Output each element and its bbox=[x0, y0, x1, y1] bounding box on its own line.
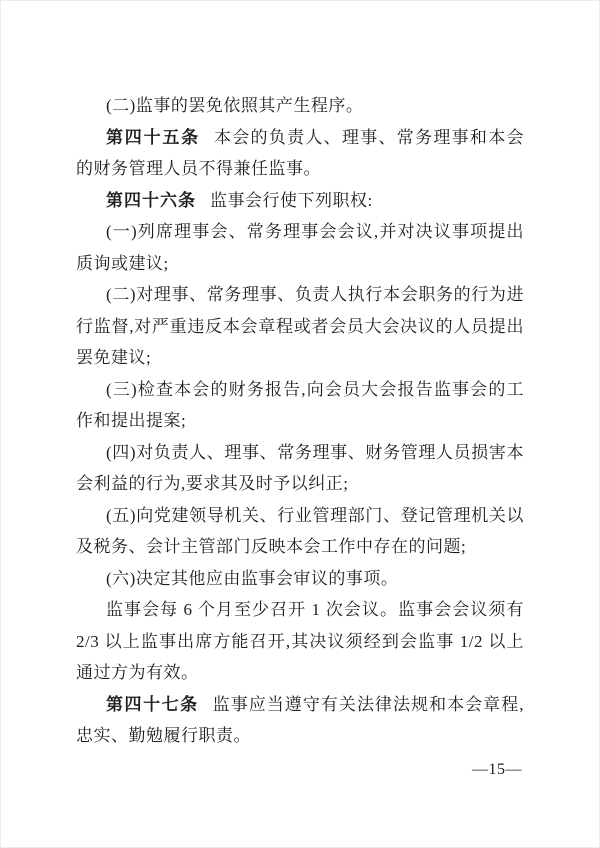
paragraph-text: (二)监事的罢免依照其产生程序。 bbox=[106, 96, 363, 115]
document-page: (二)监事的罢免依照其产生程序。 第四十五条本会的负责人、理事、常务理事和本会的… bbox=[0, 0, 600, 848]
paragraph-item-2: (二)对理事、常务理事、负责人执行本会职务的行为进行监督,对严重违反本会章程或者… bbox=[76, 279, 524, 374]
article-number: 第四十六条 bbox=[106, 191, 196, 210]
paragraph-item-6: (六)决定其他应由监事会审议的事项。 bbox=[76, 563, 524, 595]
paragraph-text: (二)对理事、常务理事、负责人执行本会职务的行为进行监督,对严重违反本会章程或者… bbox=[76, 285, 524, 367]
paragraph: (二)监事的罢免依照其产生程序。 bbox=[76, 90, 524, 122]
article-number: 第四十七条 bbox=[106, 695, 199, 714]
paragraph-item-1: (一)列席理事会、常务理事会会议,并对决议事项提出质询或建议; bbox=[76, 216, 524, 279]
paragraph-meeting-rule: 监事会每 6 个月至少召开 1 次会议。监事会会议须有 2/3 以上监事出席方能… bbox=[76, 594, 524, 689]
paragraph-text: (三)检查本会的财务报告,向会员大会报告监事会的工作和提出提案; bbox=[76, 380, 524, 431]
paragraph-text: (五)向党建领导机关、行业管理部门、登记管理机关以及税务、会计主管部门反映本会工… bbox=[76, 506, 524, 557]
paragraph-text: 监事会行使下列职权: bbox=[210, 191, 373, 210]
paragraph-item-4: (四)对负责人、理事、常务理事、财务管理人员损害本会利益的行为,要求其及时予以纠… bbox=[76, 437, 524, 500]
paragraph-text: (四)对负责人、理事、常务理事、财务管理人员损害本会利益的行为,要求其及时予以纠… bbox=[76, 443, 524, 494]
paragraph-article-45: 第四十五条本会的负责人、理事、常务理事和本会的财务管理人员不得兼任监事。 bbox=[76, 122, 524, 185]
article-number: 第四十五条 bbox=[106, 128, 200, 147]
page-number: —15— bbox=[76, 759, 522, 781]
paragraph-article-47: 第四十七条监事应当遵守有关法律法规和本会章程,忠实、勤勉履行职责。 bbox=[76, 689, 524, 752]
paragraph-item-3: (三)检查本会的财务报告,向会员大会报告监事会的工作和提出提案; bbox=[76, 374, 524, 437]
paragraph-text: (六)决定其他应由监事会审议的事项。 bbox=[106, 569, 398, 588]
paragraph-text: (一)列席理事会、常务理事会会议,并对决议事项提出质询或建议; bbox=[76, 222, 524, 273]
document-body: (二)监事的罢免依照其产生程序。 第四十五条本会的负责人、理事、常务理事和本会的… bbox=[76, 90, 524, 752]
paragraph-text: 监事会每 6 个月至少召开 1 次会议。监事会会议须有 2/3 以上监事出席方能… bbox=[76, 600, 524, 682]
paragraph-article-46: 第四十六条监事会行使下列职权: bbox=[76, 185, 524, 217]
paragraph-item-5: (五)向党建领导机关、行业管理部门、登记管理机关以及税务、会计主管部门反映本会工… bbox=[76, 500, 524, 563]
